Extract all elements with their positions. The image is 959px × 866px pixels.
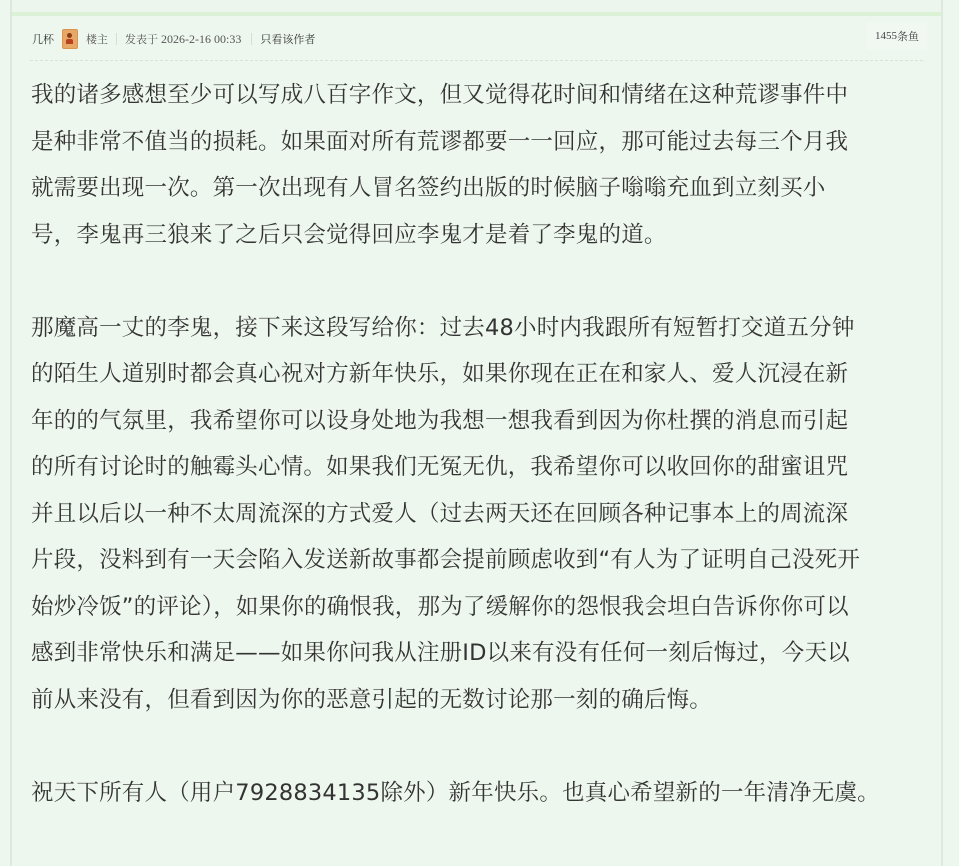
content-line: 并且以后以一种不太周流深的方式爱人（过去两天还在回顾各种记事本上的周流深 [31,491,911,538]
divider [251,33,252,45]
floor-owner-badge-icon [62,29,78,49]
content-line: 号，李鬼再三狼来了之后只会觉得回应李鬼才是着了李鬼的道。 [31,212,911,259]
forum-post: 几杯 楼主 发表于 2026-2-16 00:33 只看该作者 1455条鱼 我… [12,16,941,866]
content-line: 就需要出现一次。第一次出现有人冒名签约出版的时候脑子嗡嗡充血到立刻买小 [31,165,911,212]
fish-count-unit: 条鱼 [897,28,919,44]
content-line: 年的的气氛里，我希望你可以设身处地为我想一想我看到因为你杜撰的消息而引起 [31,398,911,445]
content-line: 那魔高一丈的李鬼，接下来这段写给你：过去48小时内我跟所有短暂打交道五分钟 [31,305,911,352]
content-line: 前从来没有，但看到因为你的恶意引起的无数讨论那一刻的确后悔。 [31,677,911,724]
paragraph-gap [31,258,911,305]
content-line: 的陌生人道别时都会真心祝对方新年快乐，如果你现在正在和家人、爱人沉浸在新 [31,351,911,398]
divider [116,33,117,45]
forum-page: 几杯 楼主 发表于 2026-2-16 00:33 只看该作者 1455条鱼 我… [0,0,959,866]
header-divider [30,60,923,61]
right-border [941,0,943,866]
role-label: 楼主 [86,31,108,47]
author-name[interactable]: 几杯 [32,31,54,47]
content-line: 片段，没料到有一天会陷入发送新故事都会提前顾虑收到“有人为了证明自己没死开 [31,537,911,584]
content-line: 感到非常快乐和满足——如果你问我从注册ID以来有没有任何一刻后悔过，今天以 [31,630,911,677]
post-header: 几杯 楼主 发表于 2026-2-16 00:33 只看该作者 [32,26,315,52]
only-view-author-link[interactable]: 只看该作者 [260,31,315,47]
content-line: 祝天下所有人（用户7928834135除外）新年快乐。也真心希望新的一年清净无虞… [31,770,911,817]
post-content: 我的诸多感想至少可以写成八百字作文，但又觉得花时间和情绪在这种荒谬事件中 是种非… [31,72,911,816]
fish-count-badge: 1455条鱼 [867,22,927,50]
content-line: 是种非常不值当的损耗。如果面对所有荒谬都要一一回应，那可能过去每三个月我 [31,119,911,166]
paragraph-gap [31,723,911,770]
fish-count-value: 1455 [875,30,897,42]
content-line: 的所有讨论时的触霉头心情。如果我们无冤无仇，我希望你可以收回你的甜蜜诅咒 [31,444,911,491]
content-line: 始炒冷饭”的评论），如果你的确恨我，那为了缓解你的怨恨我会坦白告诉你你可以 [31,584,911,631]
previous-post-bottom [12,0,941,12]
posted-time: 发表于 2026-2-16 00:33 [125,31,241,47]
posted-timestamp: 2026-2-16 00:33 [161,32,241,46]
content-line: 我的诸多感想至少可以写成八百字作文，但又觉得花时间和情绪在这种荒谬事件中 [31,72,911,119]
posted-label: 发表于 [125,33,158,46]
